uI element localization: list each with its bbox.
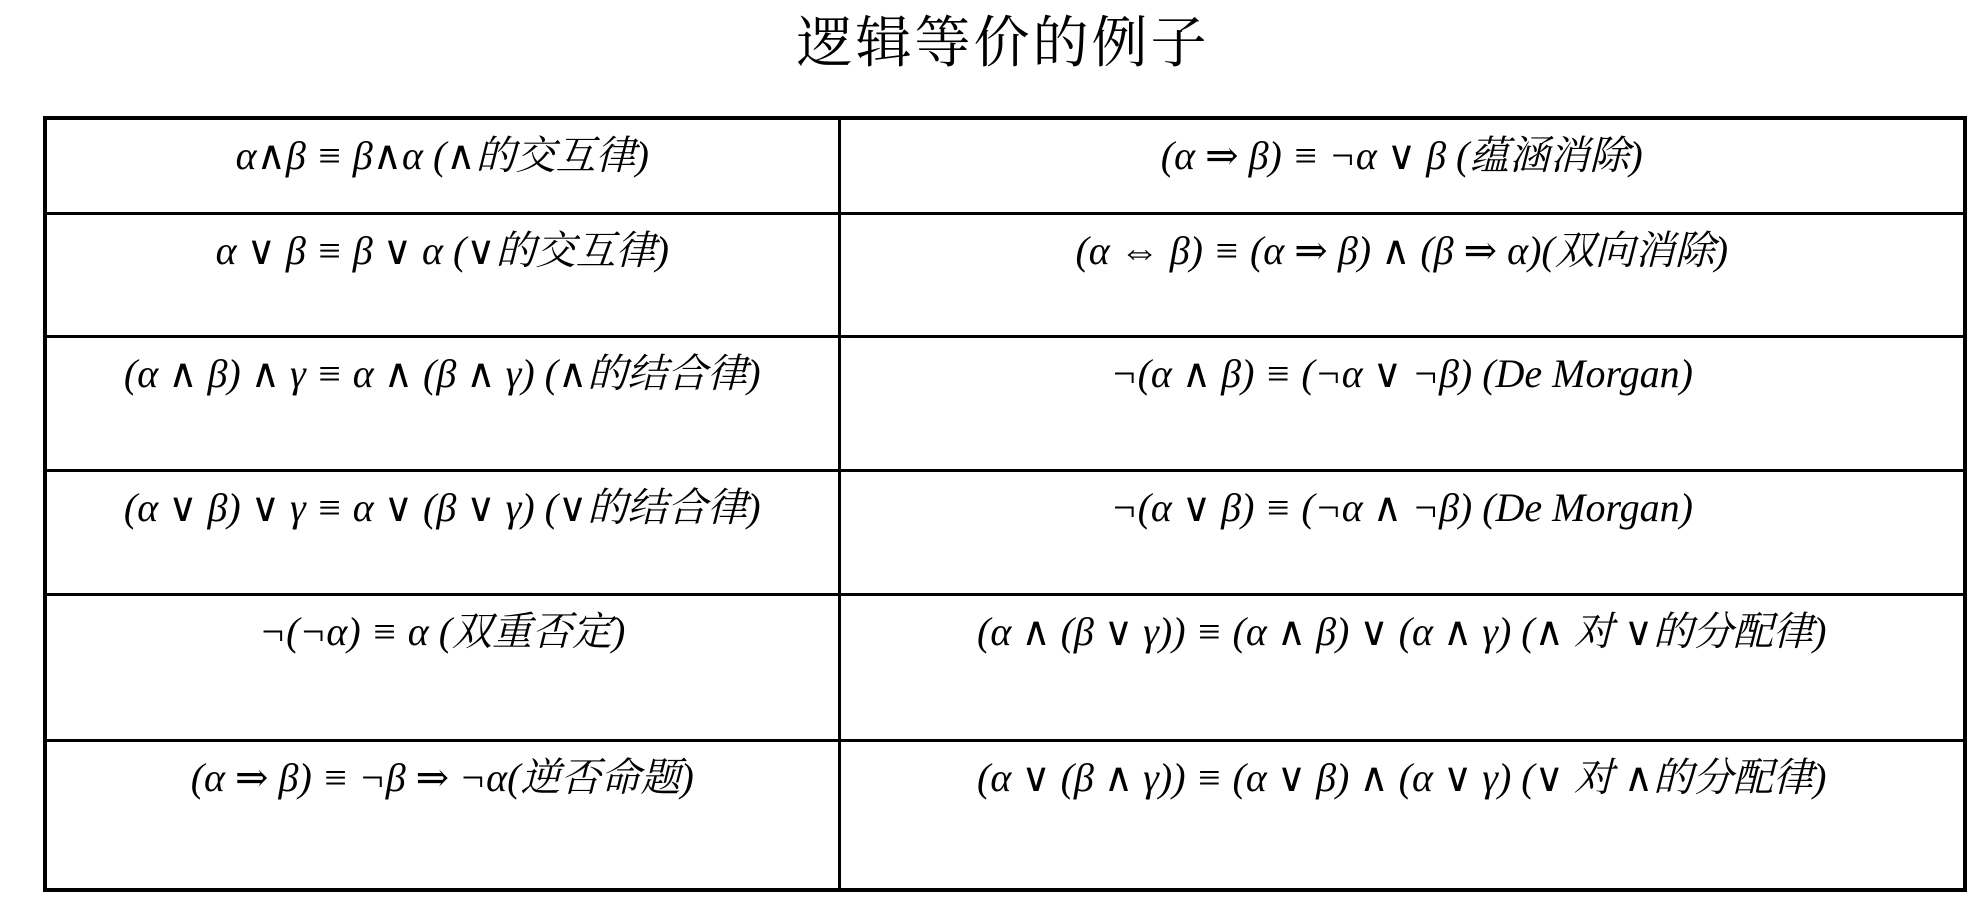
table-cell-formula: (α ⇒ β) ≡ ¬β ⇒ ¬α(逆否命题) xyxy=(45,740,839,890)
table-cell-formula: ¬(α ∨ β) ≡ (¬α ∧ ¬β) (De Morgan) xyxy=(839,470,1965,594)
table-cell-formula: (α ⇒ β) ≡ ¬α ∨ β (蕴涵消除) xyxy=(839,118,1965,213)
table-row: α∧β ≡ β∧α (∧的交互律) (α ⇒ β) ≡ ¬α ∨ β (蕴涵消除… xyxy=(45,118,1965,213)
table-cell-formula: (α ∨ (β ∧ γ)) ≡ (α ∨ β) ∧ (α ∨ γ) (∨ 对 ∧… xyxy=(839,740,1965,890)
table-cell-formula: (α ∨ β) ∨ γ ≡ α ∨ (β ∨ γ) (∨的结合律) xyxy=(45,470,839,594)
table-cell-formula: α ∨ β ≡ β ∨ α (∨的交互律) xyxy=(45,213,839,336)
logical-equivalence-table: α∧β ≡ β∧α (∧的交互律) (α ⇒ β) ≡ ¬α ∨ β (蕴涵消除… xyxy=(43,116,1967,892)
table-cell-formula: ¬(¬α) ≡ α (双重否定) xyxy=(45,594,839,740)
page-title: 逻辑等价的例子 xyxy=(43,8,1963,78)
table-cell-formula: α∧β ≡ β∧α (∧的交互律) xyxy=(45,118,839,213)
table-cell-formula: ¬(α ∧ β) ≡ (¬α ∨ ¬β) (De Morgan) xyxy=(839,336,1965,470)
table-cell-formula: (α ⇔ β) ≡ (α ⇒ β) ∧ (β ⇒ α)(双向消除) xyxy=(839,213,1965,336)
table-row: (α ∧ β) ∧ γ ≡ α ∧ (β ∧ γ) (∧的结合律) ¬(α ∧ … xyxy=(45,336,1965,470)
table-cell-formula: (α ∧ β) ∧ γ ≡ α ∧ (β ∧ γ) (∧的结合律) xyxy=(45,336,839,470)
table-row: α ∨ β ≡ β ∨ α (∨的交互律) (α ⇔ β) ≡ (α ⇒ β) … xyxy=(45,213,1965,336)
table-row: ¬(¬α) ≡ α (双重否定) (α ∧ (β ∨ γ)) ≡ (α ∧ β)… xyxy=(45,594,1965,740)
document-page: 逻辑等价的例子 α∧β ≡ β∧α (∧的交互律) (α ⇒ β) ≡ ¬α ∨… xyxy=(0,8,1978,892)
table-row: (α ∨ β) ∨ γ ≡ α ∨ (β ∨ γ) (∨的结合律) ¬(α ∨ … xyxy=(45,470,1965,594)
table-row: (α ⇒ β) ≡ ¬β ⇒ ¬α(逆否命题) (α ∨ (β ∧ γ)) ≡ … xyxy=(45,740,1965,890)
table-cell-formula: (α ∧ (β ∨ γ)) ≡ (α ∧ β) ∨ (α ∧ γ) (∧ 对 ∨… xyxy=(839,594,1965,740)
